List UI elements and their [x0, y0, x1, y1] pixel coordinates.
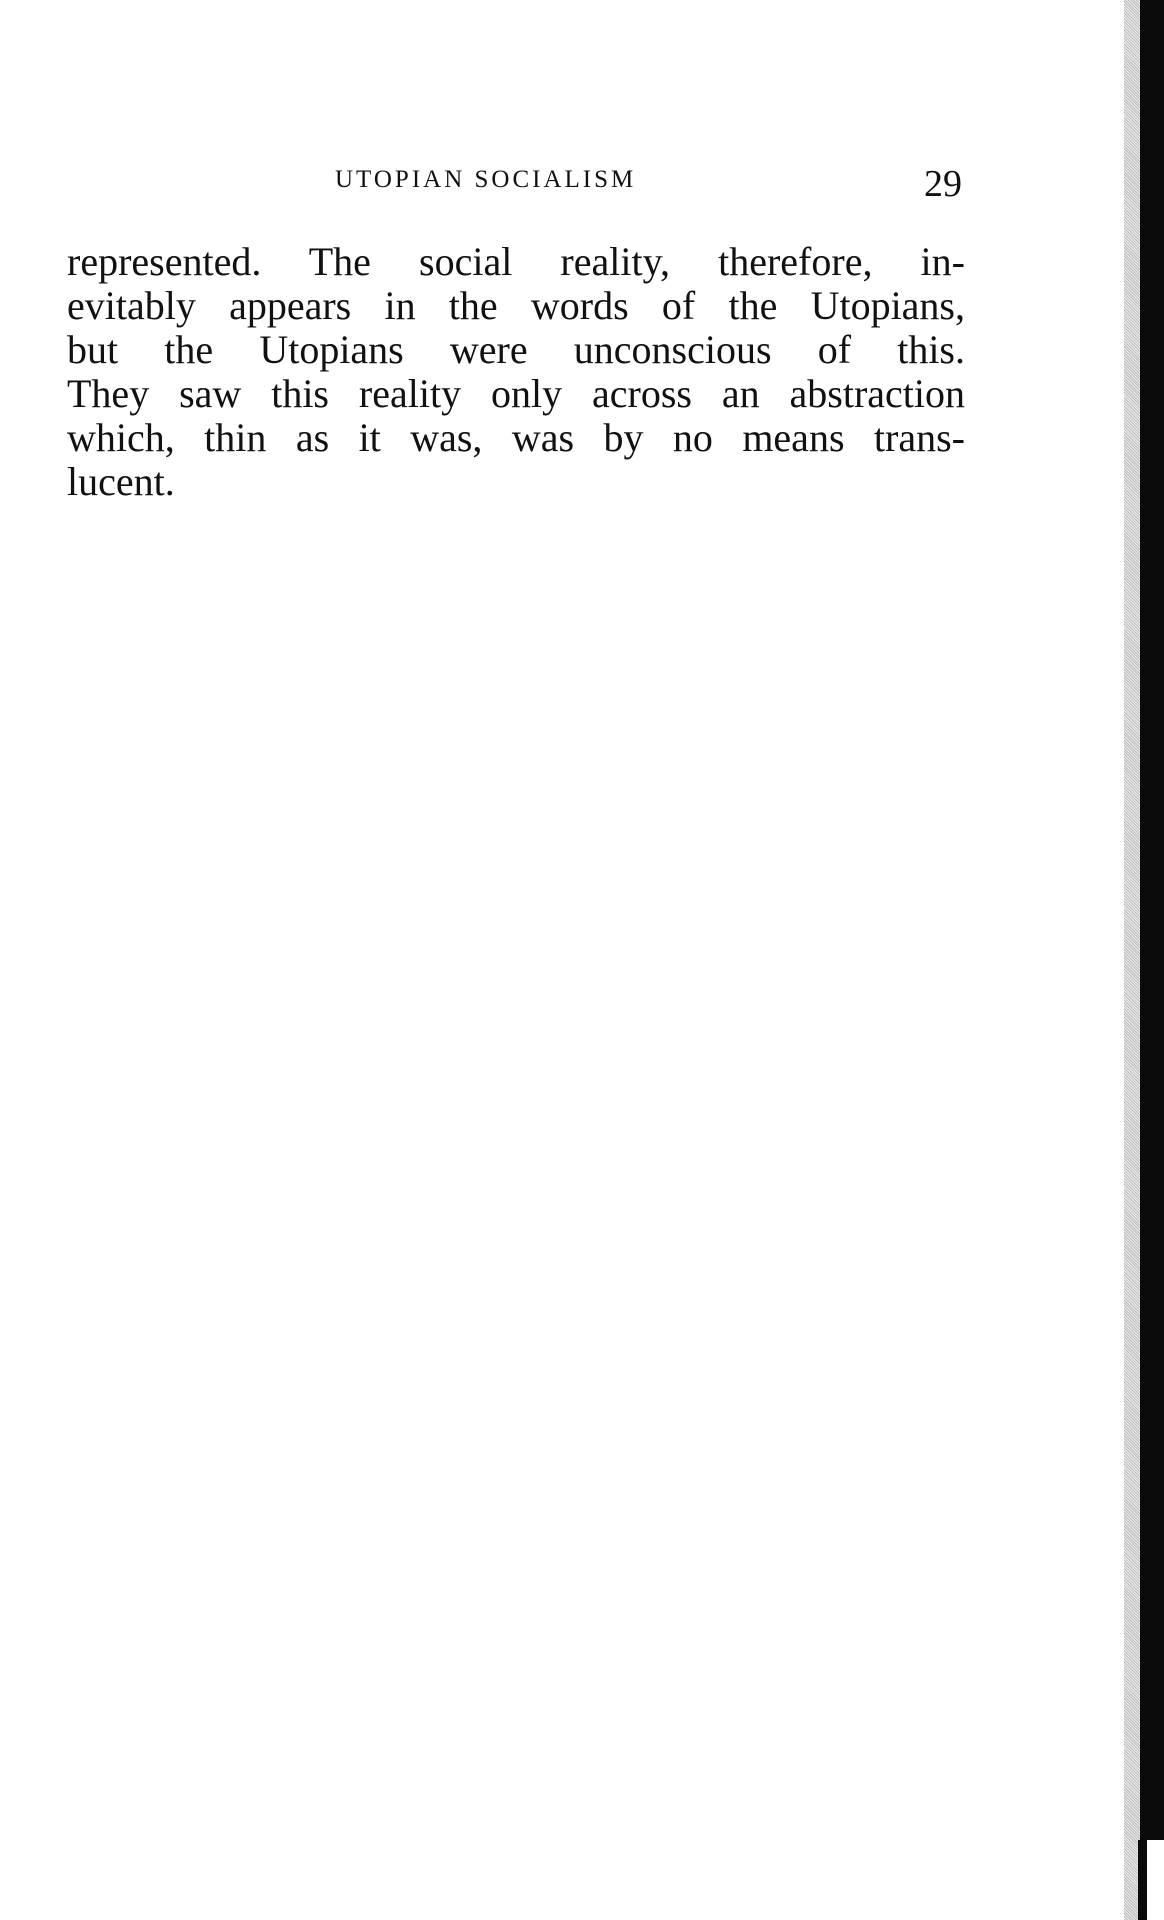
text-line: lucent.: [67, 460, 965, 504]
book-spine-edge-bottom: [1138, 1840, 1147, 1920]
text-line: evitably appears in the words of the Uto…: [67, 284, 965, 328]
book-spine-edge: [1140, 0, 1164, 1840]
text-line: represented. The social reality, therefo…: [67, 240, 965, 284]
body-paragraph: represented. The social reality, therefo…: [67, 240, 965, 504]
page-number: 29: [924, 162, 962, 206]
text-line: which, thin as it was, was by no means t…: [67, 416, 965, 460]
text-line: but the Utopians were unconscious of thi…: [67, 328, 965, 372]
page-edge-shadow: [1124, 0, 1141, 1920]
text-line: They saw this reality only across an abs…: [67, 372, 965, 416]
running-head: UTOPIAN SOCIALISM: [335, 166, 636, 194]
